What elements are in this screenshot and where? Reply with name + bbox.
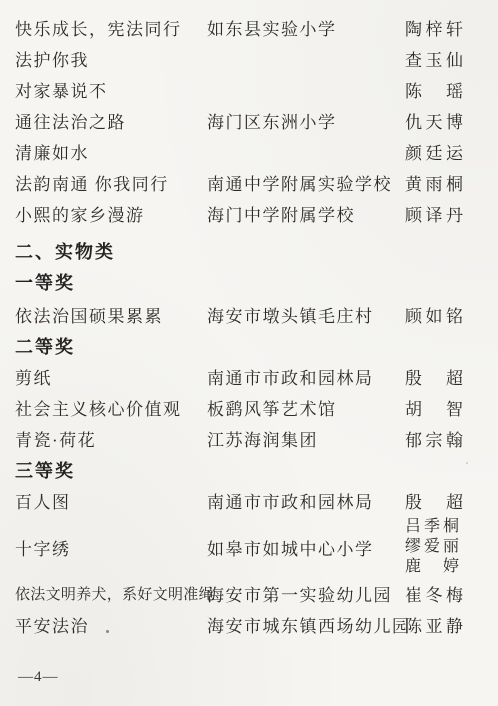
winner-name: 仇天博: [405, 108, 498, 133]
award-row: 剪纸 南通市市政和园林局 殷 超: [15, 361, 498, 392]
award-row: 青瓷·荷花 江苏海润集团 郁宗翰: [15, 423, 498, 454]
award-row: 法护你我 查玉仙: [15, 43, 498, 74]
award-row: 百人图 南通市市政和园林局 殷 超: [15, 485, 498, 516]
winner-name: 鹿 婷: [405, 557, 498, 577]
work-title: 小熙的家乡漫游: [15, 201, 207, 226]
scan-speck: [466, 462, 468, 464]
award-row: 依法文明养犬，系好文明准绳 海安市第一实验幼儿园 崔冬梅: [15, 578, 498, 609]
winner-name: 殷 超: [405, 488, 498, 513]
award-row: 快乐成长，宪法同行 如东县实验小学 陶梓轩: [15, 12, 498, 43]
work-title: 十字绣: [15, 535, 207, 560]
organization: 如皋市如城中心小学: [207, 535, 405, 560]
winner-name: 崔冬梅: [405, 581, 498, 606]
section-heading-physical-category: 二、实物类: [15, 235, 498, 266]
organization: 海安市墩头镇毛庄村: [207, 302, 405, 327]
work-title: 快乐成长，宪法同行: [15, 15, 207, 40]
organization: 江苏海润集团: [207, 426, 405, 451]
organization: 海门中学附属学校: [207, 201, 405, 226]
winner-name: 黄雨桐: [405, 170, 498, 195]
organization: 南通中学附属实验学校: [207, 170, 405, 195]
work-title: 通往法治之路: [15, 108, 207, 133]
work-title: 剪纸: [15, 364, 207, 389]
first-prize-heading: 一等奖: [15, 266, 498, 297]
organization: 板鹞风筝艺术馆: [207, 395, 405, 420]
organization: 海门区东洲小学: [207, 108, 405, 133]
winner-name: 顾如铭: [405, 302, 498, 327]
winner-name: 顾译丹: [405, 201, 498, 226]
page-number: —4—: [18, 669, 59, 686]
award-row: 平安法治 海安市城东镇西场幼儿园 陈亚静: [15, 609, 498, 640]
scanned-document-page: 快乐成长，宪法同行 如东县实验小学 陶梓轩 法护你我 查玉仙 对家暴说不 陈 瑶…: [0, 0, 498, 706]
award-row: 小熙的家乡漫游 海门中学附属学校 顾译丹: [15, 198, 498, 229]
organization: 海安市第一实验幼儿园: [207, 581, 405, 606]
winner-name: 缪爱丽: [405, 537, 498, 557]
award-row: 依法治国硕果累累 海安市墩头镇毛庄村 顾如铭: [15, 299, 498, 330]
winner-name: 胡 智: [405, 395, 498, 420]
third-prize-heading: 三等奖: [15, 454, 498, 485]
winner-name: 陈 瑶: [405, 77, 498, 102]
work-title: 青瓷·荷花: [15, 426, 207, 451]
award-row: 社会主义核心价值观 板鹞风筝艺术馆 胡 智: [15, 392, 498, 423]
work-title: 清廉如水: [15, 139, 207, 164]
scan-speck: [106, 630, 109, 633]
work-title: 法护你我: [15, 46, 207, 71]
organization: 如东县实验小学: [207, 15, 405, 40]
second-prize-heading: 二等奖: [15, 330, 498, 361]
winner-name: 郁宗翰: [405, 426, 498, 451]
organization: 海安市城东镇西场幼儿园: [207, 612, 405, 637]
work-title: 依法文明养犬，系好文明准绳: [15, 583, 207, 604]
winner-name-group: 吕季桐 缪爱丽 鹿 婷: [405, 517, 498, 577]
winner-name: 殷 超: [405, 364, 498, 389]
winner-name: 陈亚静: [405, 612, 498, 637]
award-row: 对家暴说不 陈 瑶: [15, 74, 498, 105]
award-list: 快乐成长，宪法同行 如东县实验小学 陶梓轩 法护你我 查玉仙 对家暴说不 陈 瑶…: [0, 0, 498, 706]
work-title: 社会主义核心价值观: [15, 395, 207, 420]
winner-name: 吕季桐: [405, 517, 498, 537]
organization: 南通市市政和园林局: [207, 364, 405, 389]
work-title: 对家暴说不: [15, 77, 207, 102]
organization: 南通市市政和园林局: [207, 488, 405, 513]
award-row: 十字绣 如皋市如城中心小学 吕季桐 缪爱丽 鹿 婷: [15, 516, 498, 578]
work-title: 依法治国硕果累累: [15, 302, 207, 327]
award-row: 通往法治之路 海门区东洲小学 仇天博: [15, 105, 498, 136]
award-row: 清廉如水 颜廷运: [15, 136, 498, 167]
winner-name: 查玉仙: [405, 46, 498, 71]
work-title: 百人图: [15, 488, 207, 513]
work-title: 法韵南通 你我同行: [15, 170, 207, 195]
award-row: 法韵南通 你我同行 南通中学附属实验学校 黄雨桐: [15, 167, 498, 198]
winner-name: 陶梓轩: [405, 15, 498, 40]
winner-name: 颜廷运: [405, 139, 498, 164]
work-title: 平安法治: [15, 612, 207, 637]
